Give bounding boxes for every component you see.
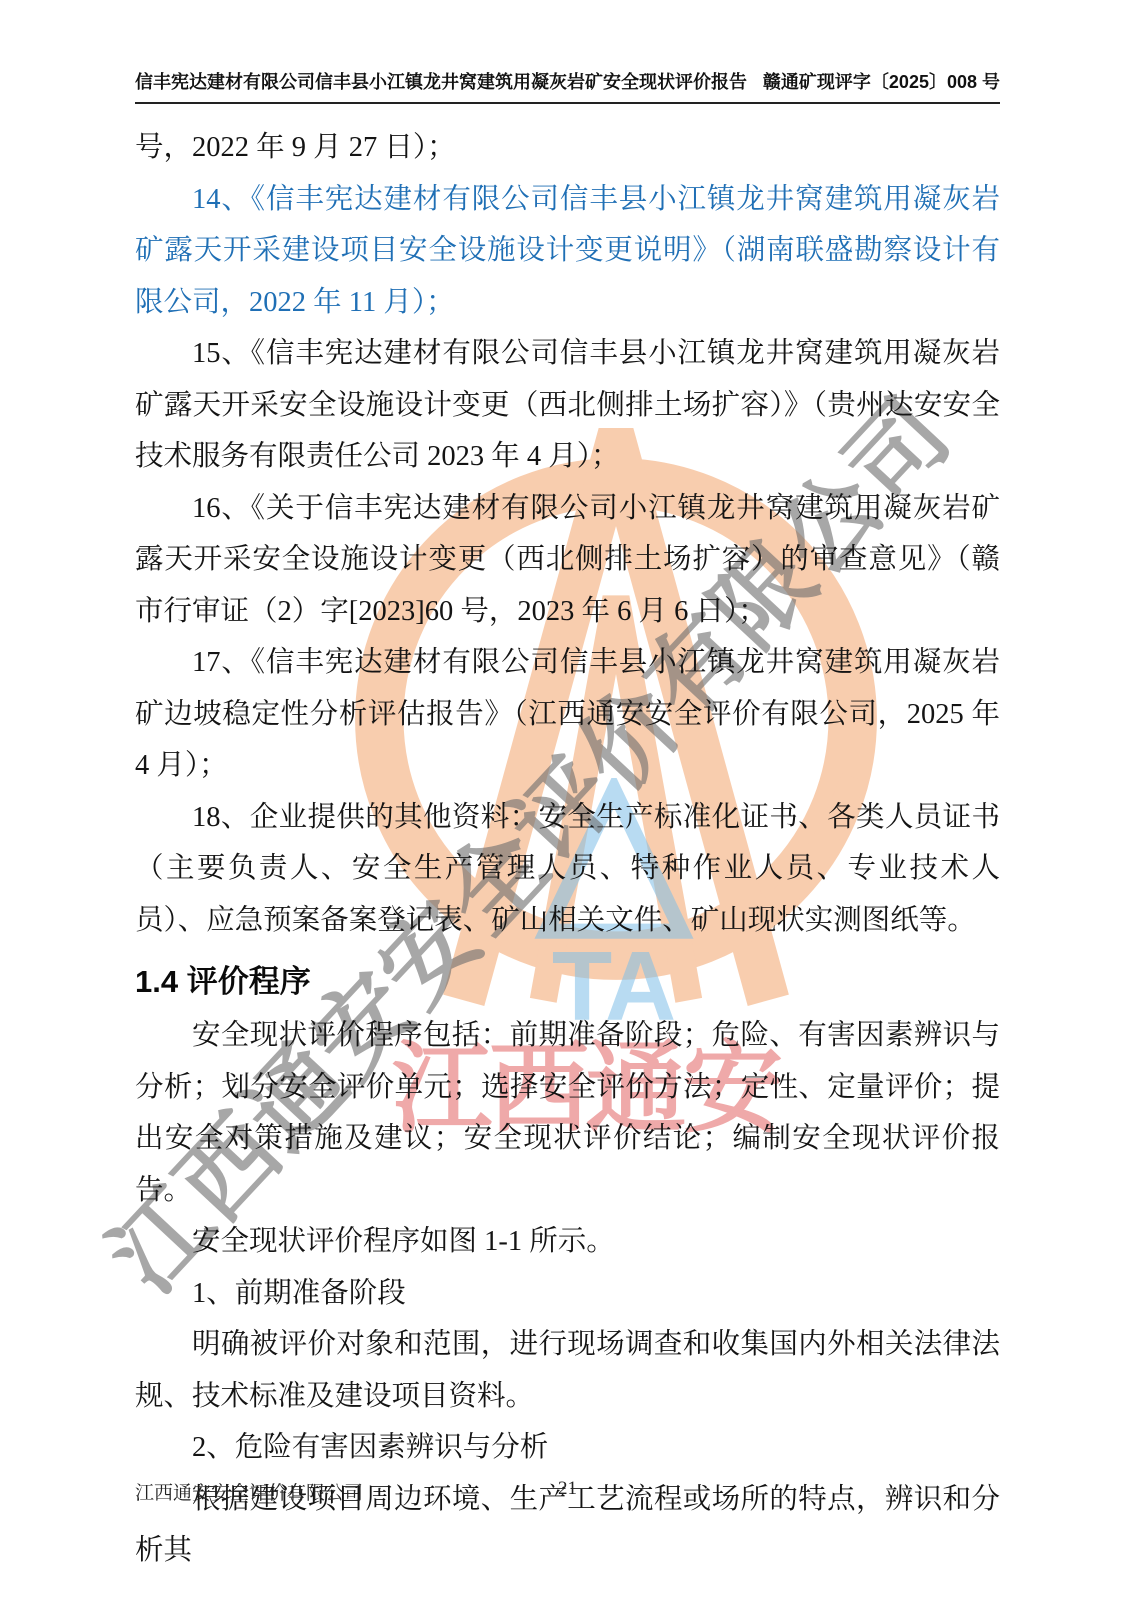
paragraph-item-18: 18、企业提供的其他资料：安全生产标准化证书、各类人员证书（主要负责人、安全生产… [135,792,1000,947]
section-paragraph-procedure: 安全现状评价程序包括：前期准备阶段；危险、有害因素辨识与分析；划分安全评价单元；… [135,1010,1000,1216]
section-paragraph-step2-title: 2、危险有害因素辨识与分析 [135,1422,1000,1474]
paragraph-item-14: 14、《信丰宪达建材有限公司信丰县小江镇龙井窝建筑用凝灰岩矿露天开采建设项目安全… [135,174,1000,329]
header-doc-number: 赣通矿现评字〔2025〕008 号 [763,68,1000,94]
section-heading-1-4: 1.4 评价程序 [135,956,1000,1008]
section-paragraph-step1-body: 明确被评价对象和范围，进行现场调查和收集国内外相关法律法规、技术标准及建设项目资… [135,1319,1000,1422]
header-report-title: 信丰宪达建材有限公司信丰县小江镇龙井窝建筑用凝灰岩矿安全现状评价报告 [135,68,747,94]
paragraph-item-15: 15、《信丰宪达建材有限公司信丰县小江镇龙井窝建筑用凝灰岩矿露天开采安全设施设计… [135,328,1000,483]
footer-company-name: 江西通安安全评价有限公司 [135,1478,363,1505]
page-header: 信丰宪达建材有限公司信丰县小江镇龙井窝建筑用凝灰岩矿安全现状评价报告 赣通矿现评… [135,68,1000,104]
paragraph-item-16: 16、《关于信丰宪达建材有限公司小江镇龙井窝建筑用凝灰岩矿露天开采安全设施设计变… [135,483,1000,638]
document-body: 号，2022 年 9 月 27 日）； 14、《信丰宪达建材有限公司信丰县小江镇… [135,102,1000,1577]
section-paragraph-step1-title: 1、前期准备阶段 [135,1268,1000,1320]
footer-page-number: 21 [558,1478,577,1500]
section-paragraph-figure-ref: 安全现状评价程序如图 1-1 所示。 [135,1216,1000,1268]
paragraph-item-17: 17、《信丰宪达建材有限公司信丰县小江镇龙井窝建筑用凝灰岩矿边坡稳定性分析评估报… [135,637,1000,792]
paragraph-continuation: 号，2022 年 9 月 27 日）； [135,122,1000,174]
document-page: TA 江西通安安全评价有限公司 江西通安 信丰宪达建材有限公司信丰县小江镇龙井窝… [0,0,1131,1600]
